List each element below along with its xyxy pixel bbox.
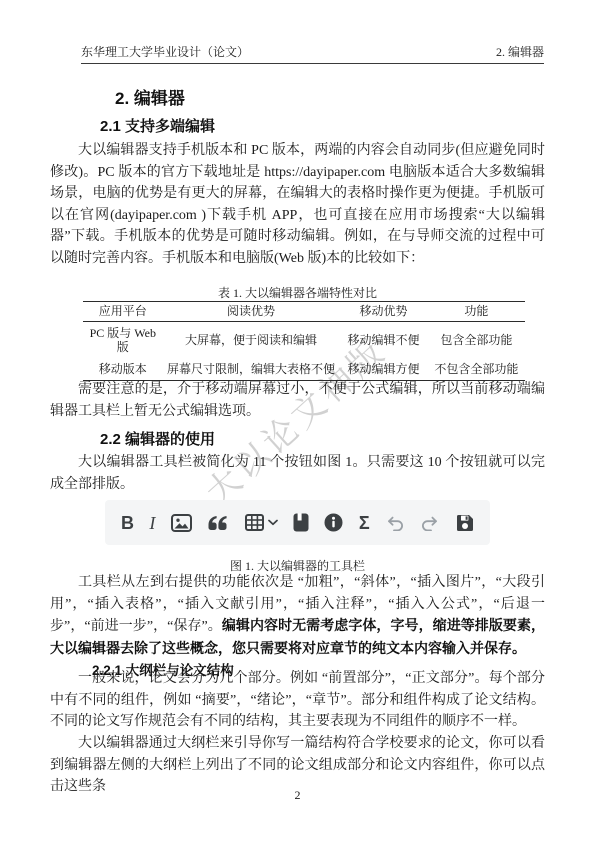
redo-icon — [420, 515, 440, 531]
table-row: 移动版本 屏幕尺寸限制，编辑大表格不便 移动编辑方便 不包含全部功能 — [83, 358, 525, 381]
paragraph-multi-device: 大以编辑器支持手机版本和 PC 版本，两端的内容会自动同步(但应避免同时修改)。… — [50, 140, 545, 269]
blockquote-icon — [207, 515, 229, 531]
section-2-1-title: 2.1 支持多端编辑 — [100, 115, 215, 136]
undo-icon — [385, 515, 405, 531]
table-caption: 表 1. 大以编辑器各端特性对比 — [50, 284, 545, 301]
cell-platform: 移动版本 — [83, 358, 163, 381]
page-number: 2 — [50, 788, 545, 803]
table-header-row: 应用平台 阅读优势 移动优势 功能 — [83, 302, 525, 322]
document-page: 大以论文神版 东华理工大学毕业设计（论文） 2. 编辑器 2. 编辑器 2.1 … — [0, 0, 595, 842]
col-header-platform: 应用平台 — [83, 302, 163, 322]
table-icon — [245, 514, 264, 531]
col-header-reading: 阅读优势 — [163, 302, 340, 322]
formula-icon: Σ — [359, 514, 370, 532]
paragraph-note-formula: 需要注意的是，介于移动端屏幕过小，不便于公式编辑，所以当前移动端编辑器工具栏上暂… — [50, 379, 545, 422]
cell-reading: 大屏幕，便于阅读和编辑 — [163, 322, 340, 359]
col-header-features: 功能 — [428, 302, 525, 322]
header-right-text: 2. 编辑器 — [496, 43, 544, 60]
paragraph-toolbar-functions: 工具栏从左到右提供的功能依次是 “加粗”，“斜体”，“插入图片”，“大段引用”，… — [50, 572, 545, 660]
cell-mobility: 移动编辑方便 — [339, 358, 427, 381]
section-2-2-title: 2.2 编辑器的使用 — [100, 428, 215, 449]
editor-toolbar-figure: B I — [105, 500, 490, 545]
cell-reading: 屏幕尺寸限制，编辑大表格不便 — [163, 358, 340, 381]
chapter-title: 2. 编辑器 — [115, 84, 185, 109]
cell-features: 不包含全部功能 — [428, 358, 525, 381]
cell-platform: PC 版与 Web 版 — [83, 322, 163, 359]
footnote-icon — [324, 513, 343, 532]
table: 应用平台 阅读优势 移动优势 功能 PC 版与 Web 版 大屏幕，便于阅读和编… — [83, 301, 525, 381]
paragraph-toolbar-intro: 大以编辑器工具栏被简化为 11 个按钮如图 1。只需要这 10 个按钮就可以完成… — [50, 452, 545, 495]
image-icon — [171, 514, 192, 532]
paragraph-thesis-structure: 一般来说，论文会分为几个部分。例如 “前置部分”，“正文部分”。每个部分中有不同… — [50, 668, 545, 733]
italic-icon: I — [149, 514, 155, 532]
comparison-table: 应用平台 阅读优势 移动优势 功能 PC 版与 Web 版 大屏幕，便于阅读和编… — [83, 301, 525, 381]
cell-features: 包含全部功能 — [428, 322, 525, 359]
citation-icon — [293, 513, 309, 532]
col-header-mobility: 移动优势 — [339, 302, 427, 322]
table-row: PC 版与 Web 版 大屏幕，便于阅读和编辑 移动编辑不便 包含全部功能 — [83, 322, 525, 359]
header-left-text: 东华理工大学毕业设计（论文） — [81, 43, 249, 60]
cell-mobility: 移动编辑不便 — [339, 322, 427, 359]
table-button-group — [245, 514, 278, 531]
save-icon — [456, 514, 474, 532]
bold-icon: B — [121, 514, 134, 532]
page-header: 东华理工大学毕业设计（论文） 2. 编辑器 — [81, 43, 544, 64]
chevron-down-icon — [268, 519, 278, 526]
